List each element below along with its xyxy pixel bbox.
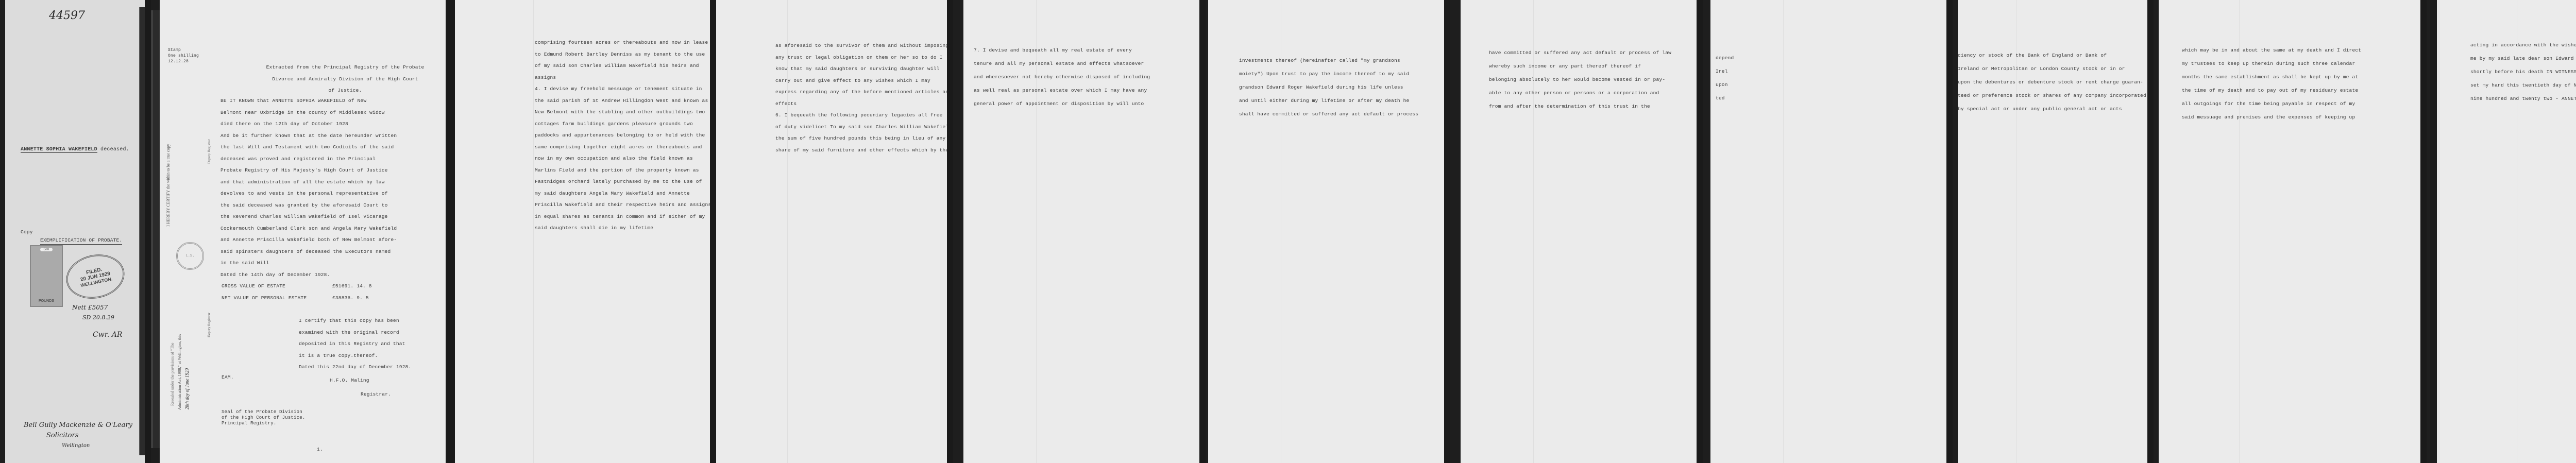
will-text: dependIreluponted (1716, 52, 1734, 105)
text-line: said spinsters daughters of deceased the… (221, 246, 397, 258)
spine (2147, 0, 2154, 463)
spine (446, 0, 455, 463)
text-line: me by my said late dear son Edward Marcu… (2470, 52, 2576, 65)
spine (1697, 0, 1703, 463)
text-line: BE IT KNOWN that ANNETTE SOPHIA WAKEFIEL… (221, 95, 397, 107)
extract-body: BE IT KNOWN that ANNETTE SOPHIA WAKEFIEL… (221, 95, 397, 281)
estate-value-label: NET VALUE OF PERSONAL ESTATE (222, 293, 332, 304)
deputy-registrar-label: Deputy Registrar (207, 139, 211, 164)
text-line: 7. I devise and bequeath all my real est… (974, 44, 1150, 57)
text-line: Probate Registry of His Majesty's High C… (221, 165, 397, 177)
text-line: Dated this 22nd day of December 1928. (299, 362, 411, 373)
text-line: Marlins Field and the portion of the pro… (535, 165, 710, 177)
spine (1946, 0, 1953, 463)
will-page: investments thereof (hereinafter called … (1208, 0, 1444, 463)
text-line: to Edmund Robert Bartley Denniss as my t… (535, 49, 710, 61)
will-text: acting in accordance with the wishes ear… (2470, 39, 2576, 106)
will-text: comprising fourteen acres or thereabouts… (535, 37, 710, 234)
stamp-bottom-text: POUNDS (39, 299, 54, 303)
deceased-title: ANNETTE SOPHIA WAKEFIELD deceased. (21, 144, 129, 156)
text-line: of my said son Charles William Wakefield… (535, 60, 710, 72)
text-line: deceased was proved and registered in th… (221, 153, 397, 165)
handwritten-net: Nett £5057 (72, 304, 108, 311)
spine (145, 0, 151, 463)
text-line: assigns (535, 72, 710, 84)
text-line: it is a true copy.thereof. (299, 350, 411, 362)
seal-label: L.S. (186, 254, 195, 258)
text-line: moiety") Upon trust to pay the income th… (1239, 67, 1418, 81)
will-text: have committed or suffered any act defau… (1489, 46, 1671, 113)
fold-line (1783, 0, 1784, 463)
text-line: effects (775, 98, 947, 110)
heading-line: Extracted from the Principal Registry of… (247, 62, 443, 74)
text-line: as well real as personal estate over whi… (974, 84, 1150, 97)
solicitors-city: Wellington (62, 443, 90, 449)
text-line: cottages farm buildings gardens pleasure… (535, 118, 710, 130)
text-line: the Reverend Charles William Wakefield o… (221, 211, 397, 223)
text-line: the sum of five hundred pounds this bein… (775, 133, 947, 145)
text-line: Cockermouth Cumberland Clerk son and Ang… (221, 223, 397, 235)
file-number: 44597 (49, 9, 85, 22)
resealed-line-3: 28th day of June 1929 (184, 368, 190, 409)
text-line: which may be in and about the same at my… (2182, 44, 2361, 57)
estate-value-row: GROSS VALUE OF ESTATE£51691. 14. 8 (222, 281, 372, 293)
heading-line: Divorce and Admiralty Division of the Hi… (247, 74, 443, 85)
text-line: by special act or under any public gener… (1958, 102, 2146, 116)
registrar-title: Registrar. (361, 389, 391, 401)
solicitors-signature: Bell Gully Mackenzie & O'Leary (24, 421, 132, 429)
text-line: said messuage and premises and the expen… (2182, 111, 2361, 124)
stamp-note: Stamp One shilling 12.12.28 (168, 47, 199, 64)
text-line: paddocks and appurtenances belonging to … (535, 130, 710, 142)
text-line: depend (1716, 52, 1734, 65)
text-line: died there on the 12th day of October 19… (221, 118, 397, 130)
text-line: the said parish of St Andrew Hillingdon … (535, 95, 710, 107)
text-line: have committed or suffered any act defau… (1489, 46, 1671, 60)
text-line: grandson Edward Roger Wakefield during h… (1239, 81, 1418, 94)
estate-value-label: GROSS VALUE OF ESTATE (222, 281, 332, 293)
text-line: Fastnidges orchard lately purchased by m… (535, 176, 710, 188)
stamp-top-text: SIX (40, 248, 52, 251)
spine (2420, 0, 2427, 463)
stamp-note-line: 12.12.28 (168, 59, 199, 64)
stamp-note-line: One shilling (168, 53, 199, 59)
text-line: and that administration of all the estat… (221, 177, 397, 188)
will-page: have committed or suffered any act defau… (1461, 0, 1697, 463)
will-text: investments thereof (hereinafter called … (1239, 54, 1418, 121)
will-page: comprising fourteen acres or thereabouts… (455, 0, 710, 463)
will-text: as aforesaid to the survivor of them and… (775, 40, 947, 156)
text-line: express regarding any of the before ment… (775, 87, 947, 98)
text-line: all outgoings for the time being payable… (2182, 97, 2361, 111)
text-line: upon (1716, 78, 1734, 92)
solicitors-label: Solicitors (46, 432, 78, 439)
text-line: nine hundred and twenty two - ANNETTE S … (2470, 92, 2576, 106)
handwritten-sd: SD 20.8.29 (82, 314, 114, 321)
text-line: examined with the original record (299, 327, 411, 339)
will-text: which may be in and about the same at my… (2182, 44, 2361, 124)
estate-value-row: NET VALUE OF PERSONAL ESTATE£38836. 9. 5 (222, 293, 372, 304)
deceased-name: ANNETTE SOPHIA WAKEFIELD (21, 147, 97, 153)
text-line: tenure and all my personal estate and ef… (974, 57, 1150, 71)
resealed-line-2: Administration Act, 1908," at Wellington… (177, 334, 182, 410)
text-line: able to any other person or persons or a… (1489, 87, 1671, 100)
seal-text-line: Principal Registry. (222, 421, 305, 426)
text-line: teed or preference stock or shares of an… (1958, 89, 2146, 102)
certify-vertical: I HEREBY CERTIFY the within to be a true… (166, 144, 171, 227)
will-page: acting in accordance with the wishes ear… (2437, 0, 2576, 463)
will-page: ciency or stock of the Bank of England o… (1958, 0, 2147, 463)
text-line: Irel (1716, 65, 1734, 78)
text-line: in the said Will (221, 258, 397, 269)
seal-text-line: of the High Court of Justice. (222, 415, 305, 421)
probate-extract-page: Stamp One shilling 12.12.28 I HEREBY CER… (160, 0, 446, 463)
text-line: shortly before his death IN WITNESS wher… (2470, 65, 2576, 79)
text-line: 4. I devise my freehold messuage or tene… (535, 83, 710, 95)
text-line: the time of my death and to pay out of m… (2182, 84, 2361, 97)
handwritten-initials: Cwr. AR (93, 331, 122, 339)
cover-page: 44597 ANNETTE SOPHIA WAKEFIELD deceased.… (5, 0, 149, 463)
text-line: any trust or legal obligation on them or… (775, 52, 947, 64)
text-line: my trustees to keep up therein during su… (2182, 57, 2361, 71)
text-line: general power of appointment or disposit… (974, 97, 1150, 111)
fold-line (533, 0, 534, 463)
spine (1444, 0, 1450, 463)
filed-stamp: FILED. 20 JUN 1929 WELLINGTON. (62, 249, 129, 304)
ls-seal: L.S. (176, 242, 204, 270)
text-line: share of my said furniture and other eff… (775, 145, 947, 157)
text-line: Belmont near Uxbridge in the county of M… (221, 107, 397, 119)
estate-value-amount: £51691. 14. 8 (332, 283, 372, 289)
text-line: ciency or stock of the Bank of England o… (1958, 49, 2146, 62)
text-line: devolves to and vests in the personal re… (221, 188, 397, 200)
text-line: acting in accordance with the wishes ear… (2470, 39, 2576, 52)
text-line: in equal shares as tenants in common and… (535, 211, 710, 223)
text-line: my said daughters Angela Mary Wakefield … (535, 188, 710, 200)
copy-label: Copy (21, 227, 33, 238)
court-seal-text: Seal of the Probate Division of the High… (222, 409, 305, 426)
spine (710, 0, 716, 463)
text-line: I certify that this copy has been (299, 315, 411, 327)
text-line: whereby such income or any part thereof … (1489, 60, 1671, 73)
text-line: investments thereof (hereinafter called … (1239, 54, 1418, 67)
estate-value-amount: £38836. 9. 5 (332, 295, 369, 301)
revenue-stamp: SIX POUNDS (30, 245, 63, 307)
text-line: as aforesaid to the survivor of them and… (775, 40, 947, 52)
will-page: as aforesaid to the survivor of them and… (716, 0, 947, 463)
text-line: New Belmont with the stabling and other … (535, 107, 710, 118)
text-line: the last Will and Testament with two Cod… (221, 142, 397, 153)
text-line: comprising fourteen acres or thereabouts… (535, 37, 710, 49)
text-line: carry out and give effect to any wishes … (775, 75, 947, 87)
estate-values: GROSS VALUE OF ESTATE£51691. 14. 8NET VA… (222, 281, 372, 304)
spine (1199, 0, 1206, 463)
will-page: 7. I devise and bequeath all my real est… (963, 0, 1199, 463)
text-line: Priscilla Wakefield and their respective… (535, 199, 710, 211)
text-line: and Annette Priscilla Wakefield both of … (221, 234, 397, 246)
text-line: of duty videlicet To my said son Charles… (775, 122, 947, 133)
text-line: same comprising together eight acres or … (535, 142, 710, 153)
text-line: set my hand this twentieth day of Novemb… (2470, 79, 2576, 92)
resealed-line-1: Resealed under the provisions of "The (170, 342, 175, 406)
text-line: the said deceased was granted by the afo… (221, 200, 397, 212)
will-text: 7. I devise and bequeath all my real est… (974, 44, 1150, 111)
will-page: dependIreluponted (1710, 0, 1946, 463)
text-line: shall have committed or suffered any act… (1239, 108, 1418, 121)
exemplification-title: EXEMPLIFICATION OF PROBATE. (40, 237, 122, 245)
text-line: ted (1716, 92, 1734, 105)
text-line: and until either during my lifetime or a… (1239, 94, 1418, 108)
extract-heading: Extracted from the Principal Registry of… (247, 62, 443, 97)
deceased-suffix: deceased. (100, 147, 129, 152)
resealed-deputy-registrar: Deputy Registrar (207, 313, 211, 337)
text-line: said daughters shall die in my lifetime (535, 222, 710, 234)
text-line: belonging absolutely to her would become… (1489, 73, 1671, 87)
text-line: Ireland or Metropolitan or London County… (1958, 62, 2146, 76)
text-line: Dated the 14th day of December 1928. (221, 269, 397, 281)
typist-initials: EAM. (222, 372, 234, 384)
page-number: 1. (317, 444, 323, 456)
text-line: and wheresoever not hereby otherwise dis… (974, 71, 1150, 84)
text-line: months the same establishment as shall b… (2182, 71, 2361, 84)
registrar-name: H.F.O. Maling (330, 375, 369, 387)
registry-certification: I certify that this copy has beenexamine… (299, 315, 411, 373)
text-line: 6. I bequeath the following pecuniary le… (775, 110, 947, 122)
text-line: deposited in this Registry and that (299, 338, 411, 350)
will-page: which may be in and about the same at my… (2159, 0, 2420, 463)
text-line: And be it further known that at the date… (221, 130, 397, 142)
spine (947, 0, 953, 463)
stamp-note-line: Stamp (168, 47, 199, 53)
will-text: ciency or stock of the Bank of England o… (1958, 49, 2146, 116)
text-line: know that my said daughters or surviving… (775, 63, 947, 75)
text-line: from and after the determination of this… (1489, 100, 1671, 113)
text-line: now in my own occupation and also the fi… (535, 153, 710, 165)
text-line: upon the debentures or debenture stock o… (1958, 76, 2146, 89)
seal-text-line: Seal of the Probate Division (222, 409, 305, 415)
